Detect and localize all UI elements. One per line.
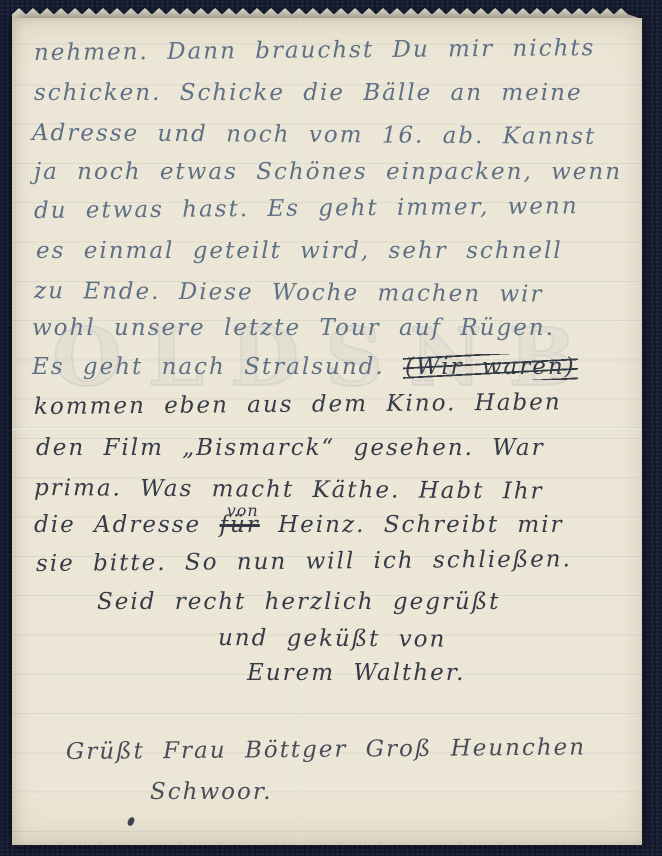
strikethrough-text: (Wir waren)	[403, 354, 578, 380]
closing-line: und geküßt von	[218, 623, 447, 655]
handwriting-line: den Film „Bismarck“ gesehen. War	[36, 433, 545, 463]
horizontal-fold-crease	[12, 427, 642, 431]
handwriting-text: die Adresse	[34, 512, 219, 538]
postscript-line: Schwoor.	[150, 777, 273, 807]
strikethrough-text: fürvon	[219, 512, 259, 538]
handwriting-line: es einmal geteilt wird, sehr schnell	[36, 236, 563, 266]
ink-speck	[127, 816, 135, 826]
handwriting-line: die Adresse fürvon Heinz. Schreibt mir	[34, 510, 564, 540]
handwriting-line: prima. Was macht Käthe. Habt Ihr	[34, 473, 544, 507]
scanned-letter-background: { "letter": { "lines": [ { "text": "nehm…	[0, 0, 662, 856]
closing-line: Seid recht herzlich gegrüßt	[97, 587, 500, 617]
handwriting-text: Heinz. Schreibt mir	[260, 512, 564, 538]
handwriting-line: Adresse und noch vom 16. ab. Kannst	[32, 118, 596, 152]
handwriting-line: Es geht nach Stralsund. (Wir waren)	[32, 352, 578, 382]
handwriting-line: wohl unsere letzte Tour auf Rügen.	[32, 313, 555, 343]
handwriting-line: schicken. Schicke die Bälle an meine	[34, 78, 583, 108]
handwriting-line: du etwas hast. Es geht immer, wenn	[34, 191, 579, 226]
handwriting-line: ja noch etwas Schönes einpacken, wenn	[34, 157, 622, 187]
handwriting-line: nehmen. Dann brauchst Du mir nichts	[34, 33, 596, 68]
inserted-word: von	[227, 496, 259, 526]
postscript-line: Grüßt Frau Böttger Groß Heunchen	[66, 732, 586, 767]
handwriting-line: zu Ende. Diese Woche machen wir	[34, 276, 544, 310]
letter-page: OLDSNB nehmen. Dann brauchst Du mir nich…	[12, 18, 642, 845]
handwriting-line: kommen eben aus dem Kino. Haben	[34, 387, 562, 422]
signature-line: Eurem Walther.	[247, 658, 465, 688]
handwriting-line: sie bitte. So nun will ich schließen.	[36, 544, 572, 579]
handwriting-text: Es geht nach Stralsund.	[32, 354, 403, 380]
